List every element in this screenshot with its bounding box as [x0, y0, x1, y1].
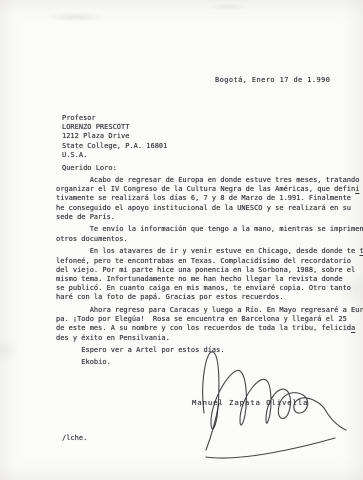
paragraph-line: Ahora regreso para Caracas y luego a Río… — [56, 306, 362, 315]
paragraph-line: de este mes. A su nombre y con los recue… — [56, 324, 362, 333]
hyphenation-underline: a — [351, 324, 355, 332]
paragraph-line: Te envío la información que tengo a la m… — [56, 225, 362, 234]
paragraph-line: mismo tema. Infortunadamente no me han h… — [56, 275, 362, 284]
paragraph-line: he conseguido el apoyo institucional de … — [56, 204, 362, 213]
signature-underline-stroke — [206, 438, 335, 458]
paragraph-line: En los atavares de ir y venir estuve en … — [56, 247, 362, 256]
recipient-line: 1212 Plaza Drive — [62, 132, 167, 141]
paragraph-line: Acabo de regresar de Europa en donde est… — [56, 176, 362, 185]
hyphenation-underline: i — [355, 185, 359, 193]
paragraph-line: del viejo. Por mi parte hice una ponenci… — [56, 266, 362, 275]
recipient-address: ProfesorLORENZO PRESCOTT1212 Plaza Drive… — [62, 114, 167, 160]
letter-date: Bogotá, Enero 17 de 1.990 — [215, 76, 330, 85]
recipient-line: LORENZO PRESCOTT — [62, 123, 167, 132]
paragraph: Te envío la información que tengo a la m… — [56, 225, 362, 243]
farewell: Ekobio. — [56, 358, 111, 367]
paragraph: Acabo de regresar de Europa en donde est… — [56, 176, 362, 222]
letter-page: Bogotá, Enero 17 de 1.990 ProfesorLORENZ… — [0, 0, 363, 480]
paragraph-line: tivamente se realizará los días 6, 7 y 8… — [56, 194, 362, 203]
recipient-line: State College, P.A. 16801 — [62, 142, 167, 151]
paragraph-line: se publicó. En cuanto caiga en mis manos… — [56, 284, 362, 293]
paragraph: Ahora regreso para Caracas y luego a Río… — [56, 306, 362, 343]
letter-body: Acabo de regresar de Europa en donde est… — [56, 176, 362, 346]
recipient-line: U.S.A. — [62, 151, 167, 160]
paragraph-line: lefoneé, pero te encontrabas en Texas. C… — [56, 257, 362, 266]
paragraph-line: des y éxito en Pensilvania. — [56, 334, 362, 343]
paragraph-line: haré con la foto de papá. Gracias por es… — [56, 293, 362, 302]
paragraph-line: otros documentos. — [56, 235, 362, 244]
handwritten-signature-icon — [175, 345, 363, 460]
paragraph-line: pa. ¡Todo por Elegúa! Rosa se encuentra … — [56, 315, 362, 324]
hyphenation-underline: te — [359, 247, 363, 255]
signature-scrawl-stroke — [203, 352, 346, 430]
paragraph: En los atavares de ir y venir estuve en … — [56, 247, 362, 302]
typist-initials: /lche. — [62, 434, 87, 443]
salutation: Querido Loro: — [62, 164, 117, 173]
paragraph-line: organizar el IV Congreso de la Cultura N… — [56, 185, 362, 194]
recipient-line: Profesor — [62, 114, 167, 123]
paragraph-line: sede de París. — [56, 213, 362, 222]
